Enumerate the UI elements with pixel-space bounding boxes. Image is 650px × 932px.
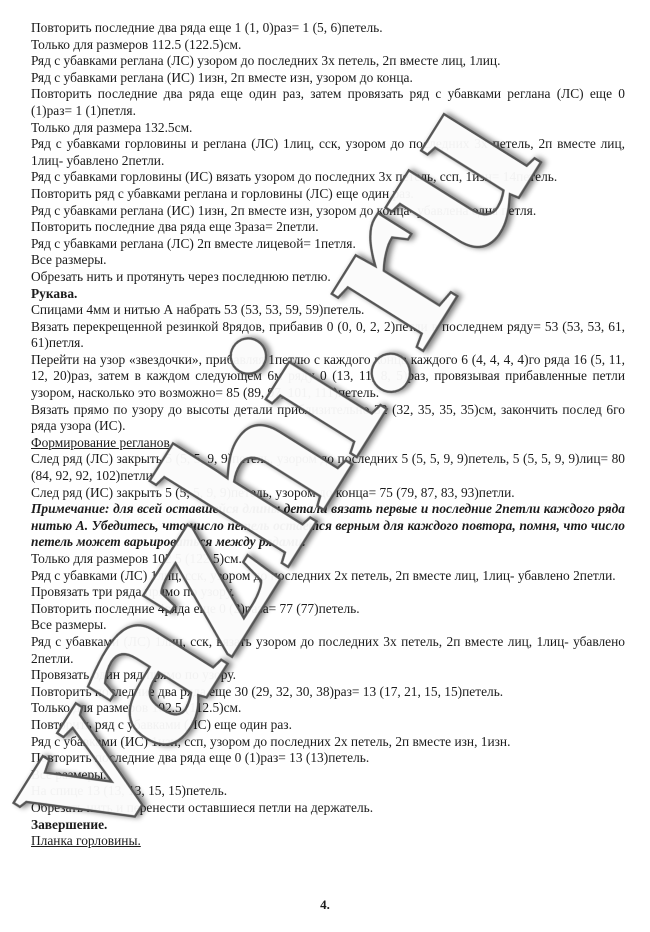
paragraph: Ряд с убавками реглана (ИС) 1изн, 2п вме…: [31, 70, 625, 87]
paragraph: След ряд (ЛС) закрыть 5 (5, 5, 9, 9)пете…: [31, 451, 625, 484]
paragraph: Обрезать нить и протянуть через последню…: [31, 269, 625, 286]
paragraph: Повторить ряд с убавками реглана и горло…: [31, 186, 625, 203]
paragraph: Ряд с убавками (ЛС) 1лиц, сск, вязать уз…: [31, 634, 625, 667]
paragraph: Все размеры.: [31, 767, 625, 784]
section-heading: Рукава.: [31, 286, 625, 303]
paragraph: Ряд с убавками реглана (ИС) 1изн, 2п вме…: [31, 203, 625, 220]
paragraph: Вязать прямо по узору до высоты детали п…: [31, 402, 625, 435]
paragraph: Повторить последние два ряда еще 1 (1, 0…: [31, 20, 625, 37]
paragraph: Провязать один ряд прямо по узору.: [31, 667, 625, 684]
paragraph: Все размеры.: [31, 252, 625, 269]
paragraph: Ряд с убавками реглана (ЛС) 2п вместе ли…: [31, 236, 625, 253]
paragraph: Только для размеров 112.5 (122.5)см.: [31, 37, 625, 54]
paragraph: Перейти на узор «звездочки», прибавляя 1…: [31, 352, 625, 402]
paragraph: Спицами 4мм и нитью А набрать 53 (53, 53…: [31, 302, 625, 319]
paragraph: Повторить последние два ряда еще 0 (1)ра…: [31, 750, 625, 767]
paragraph: Повторить ряд с убавками (ЛС) еще один р…: [31, 717, 625, 734]
paragraph: Ряд с убавками реглана (ЛС) узором до по…: [31, 53, 625, 70]
subsection-heading: Формирование регланов.: [31, 435, 625, 452]
page-number: 4.: [0, 897, 650, 913]
paragraph: Повторить последние 4ряда еще 0 (2)раза=…: [31, 601, 625, 618]
paragraph: Все размеры.: [31, 617, 625, 634]
section-heading: Завершение.: [31, 817, 625, 834]
paragraph: Ряд с убавками (ИС) 1изн, ссп, узором до…: [31, 734, 625, 751]
paragraph: Ряд с убавками горловины и реглана (ЛС) …: [31, 136, 625, 169]
paragraph: Ряд с убавками горловины (ИС) вязать узо…: [31, 169, 625, 186]
paragraph: Повторить последние два ряда еще 3раза= …: [31, 219, 625, 236]
paragraph: Ряд с убавками (ЛС) 1лиц, сск, узором до…: [31, 568, 625, 585]
subsection-heading: Планка горловины.: [31, 833, 625, 850]
paragraph: На спице 13 (13, 13, 15, 15)петель.: [31, 783, 625, 800]
paragraph: Повторить последние два ряда еще 30 (29,…: [31, 684, 625, 701]
paragraph: Только для размеров 102.5 (122.5)см.: [31, 551, 625, 568]
paragraph: Провязать три ряда прямо по узору.: [31, 584, 625, 601]
paragraph: Повторить последние два ряда еще один ра…: [31, 86, 625, 119]
note-paragraph: Примечание: для всей оставшейся длины де…: [31, 501, 625, 551]
paragraph: Только для размера 132.5см.: [31, 120, 625, 137]
paragraph: След ряд (ИС) закрыть 5 (5, 5, 9, 9)пете…: [31, 485, 625, 502]
paragraph: Обрезать нить и перенести оставшиеся пет…: [31, 800, 625, 817]
paragraph: Вязать перекрещенной резинкой 8рядов, пр…: [31, 319, 625, 352]
document-page: Повторить последние два ряда еще 1 (1, 0…: [31, 20, 625, 850]
paragraph: Только для размеров 102.5 (112.5)см.: [31, 700, 625, 717]
